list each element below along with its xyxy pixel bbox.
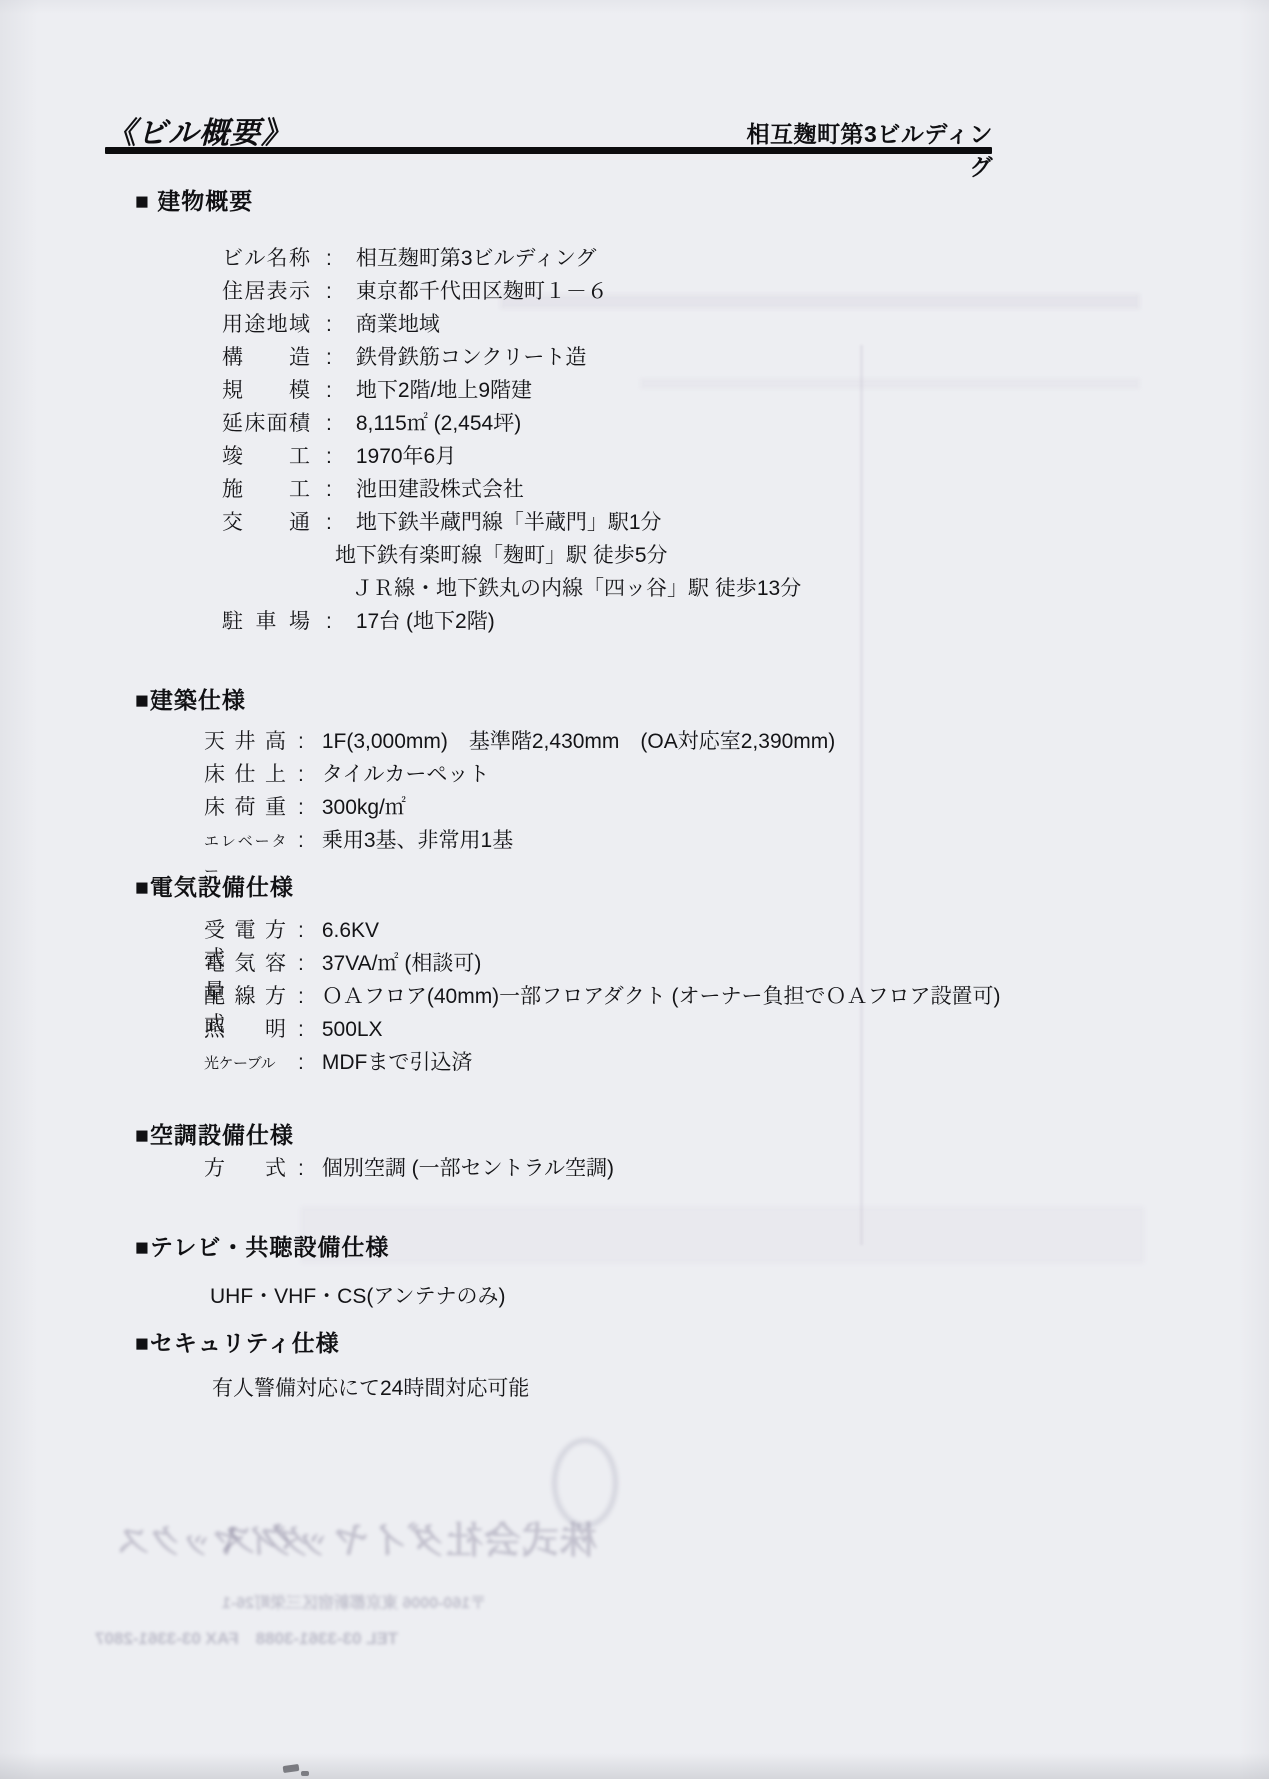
spec-row-floor-area: 延床面積:8,115㎡ (2,454坪)	[0, 410, 1269, 443]
bleedthrough-telfax-text: TEL 03-3361-3088 FAX 03-3361-2807	[95, 1624, 398, 1649]
spec-value: 300kg/㎡	[322, 794, 406, 822]
spec-row-optical-cable: 光ケーブル:MDFまで引込済	[0, 1049, 1269, 1082]
bleedthrough-company-text: 株式会社ダイヤックス	[218, 1510, 597, 1564]
colon: :	[326, 608, 332, 636]
spec-value: 17台 (地下2階)	[356, 608, 495, 636]
spec-value: 地下2階/地上9階建	[356, 377, 532, 405]
spec-label: 駐車場	[222, 608, 310, 636]
spec-rows: ビル名称:相互麹町第3ビルディング 住居表示:東京都千代田区麹町１－６ 用途地域…	[0, 245, 1269, 641]
colon: :	[298, 950, 304, 978]
colon: :	[298, 728, 304, 756]
section-heading: ■電気設備仕様	[0, 874, 1269, 901]
colon: :	[326, 278, 332, 306]
colon: :	[326, 377, 332, 405]
colon: :	[326, 509, 332, 537]
spec-value: ＯＡフロア(40mm)一部フロアダクト (オーナー負担でＯＡフロア設置可)	[322, 983, 1001, 1011]
security-spec-note: 有人警備対応にて24時間対応可能	[212, 1372, 1269, 1402]
spec-row-zoning: 用途地域:商業地域	[0, 311, 1269, 344]
spec-label: 床荷重	[204, 794, 286, 822]
spec-row-power-supply: 受電方式:6.6KV	[0, 917, 1269, 950]
spec-row-access-line3: ＪＲ線・地下鉄丸の内線「四ッ谷」駅 徒歩13分	[0, 575, 1269, 608]
section-security-spec: ■セキュリティ仕様 有人警備対応にて24時間対応可能	[0, 1330, 1269, 1402]
colon: :	[326, 344, 332, 372]
spec-row-completion: 竣工:1970年6月	[0, 443, 1269, 476]
spec-label: 竣工	[222, 443, 310, 471]
scan-speck	[283, 1764, 300, 1773]
section-hvac-spec: ■空調設備仕様 方式:個別空調 (一部セントラル空調)	[0, 1122, 1269, 1188]
spec-row-wiring: 配線方式:ＯＡフロア(40mm)一部フロアダクト (オーナー負担でＯＡフロア設置…	[0, 983, 1269, 1016]
spec-row-parking: 駐車場:17台 (地下2階)	[0, 608, 1269, 641]
spec-row-address: 住居表示:東京都千代田区麹町１－６	[0, 278, 1269, 311]
colon: :	[298, 827, 304, 855]
spec-row-ceiling-height: 天井高:1F(3,000mm) 基準階2,430mm (OA対応室2,390mm…	[0, 728, 1269, 761]
section-heading: ■セキュリティ仕様	[0, 1330, 1269, 1357]
spec-value: MDFまで引込済	[322, 1049, 473, 1077]
spec-label: 用途地域	[222, 311, 310, 339]
spec-value: 池田建設株式会社	[356, 476, 524, 504]
spec-value: 鉄骨鉄筋コンクリート造	[356, 344, 587, 372]
spec-row-scale: 規模:地下2階/地上9階建	[0, 377, 1269, 410]
spec-value: 8,115㎡ (2,454坪)	[356, 410, 521, 438]
colon: :	[326, 410, 332, 438]
colon: :	[298, 1016, 304, 1044]
spec-value: 商業地域	[356, 311, 440, 339]
colon: :	[298, 983, 304, 1011]
spec-label: 延床面積	[222, 410, 310, 438]
spec-label: 施工	[222, 476, 310, 504]
colon: :	[298, 917, 304, 945]
colon: :	[298, 1155, 304, 1183]
spec-value: 東京都千代田区麹町１－６	[356, 278, 608, 306]
section-heading: ■空調設備仕様	[0, 1122, 1269, 1149]
colon: :	[298, 761, 304, 789]
spec-label: 天井高	[204, 728, 286, 756]
header-rule	[105, 147, 992, 154]
spec-row-electric-capacity: 電気容量:37VA/㎡ (相談可)	[0, 950, 1269, 983]
spec-row-floor-load: 床荷重:300kg/㎡	[0, 794, 1269, 827]
scanned-document-page: 《ビル概要》 相互麹町第3ビルディング ■ 建物概要 ビル名称:相互麹町第3ビル…	[0, 0, 1269, 1779]
spec-row-structure: 構造:鉄骨鉄筋コンクリート造	[0, 344, 1269, 377]
section-electrical-spec: ■電気設備仕様 受電方式:6.6KV 電気容量:37VA/㎡ (相談可) 配線方…	[0, 874, 1269, 1082]
spec-rows: 方式:個別空調 (一部セントラル空調)	[0, 1155, 1269, 1188]
spec-row-access: 交通:地下鉄半蔵門線「半蔵門」駅1分	[0, 509, 1269, 542]
colon: :	[298, 794, 304, 822]
spec-row-access-line2: 地下鉄有楽町線「麹町」駅 徒歩5分	[0, 542, 1269, 575]
spec-label: 照明	[204, 1016, 286, 1044]
spec-value: 1970年6月	[356, 443, 456, 471]
spec-value: 6.6KV	[322, 917, 379, 945]
section-architecture-spec: ■建築仕様 天井高:1F(3,000mm) 基準階2,430mm (OA対応室2…	[0, 687, 1269, 860]
spec-value: 相互麹町第3ビルディング	[356, 245, 597, 273]
spec-label: 方式	[204, 1155, 286, 1183]
spec-label: 構造	[222, 344, 310, 372]
spec-row-building-name: ビル名称:相互麹町第3ビルディング	[0, 245, 1269, 278]
section-tv-spec: ■テレビ・共聴設備仕様 UHF・VHF・CS(アンテナのみ)	[0, 1234, 1269, 1310]
colon: :	[326, 311, 332, 339]
spec-value: タイルカーペット	[322, 761, 490, 789]
spec-value: 37VA/㎡ (相談可)	[322, 950, 481, 978]
colon: :	[326, 245, 332, 273]
section-heading: ■建築仕様	[0, 687, 1269, 714]
spec-value: 1F(3,000mm) 基準階2,430mm (OA対応室2,390mm)	[322, 728, 835, 756]
spec-label: 床仕上	[204, 761, 286, 789]
bleedthrough-logo-text: ダイヤックス	[118, 1514, 309, 1563]
colon: :	[298, 1049, 304, 1077]
spec-label: 住居表示	[222, 278, 310, 306]
section-building-overview: ■ 建物概要 ビル名称:相互麹町第3ビルディング 住居表示:東京都千代田区麹町１…	[0, 188, 1269, 641]
spec-label: 規模	[222, 377, 310, 405]
spec-row-lighting: 照明:500LX	[0, 1016, 1269, 1049]
bleedthrough-logo-circle	[552, 1438, 618, 1528]
scan-speck	[301, 1771, 309, 1776]
spec-row-elevator: エレベーター:乗用3基、非常用1基	[0, 827, 1269, 860]
spec-label: ビル名称	[222, 245, 310, 273]
colon: :	[326, 443, 332, 471]
section-heading: ■ 建物概要	[0, 188, 1269, 215]
spec-value: 地下鉄有楽町線「麹町」駅 徒歩5分	[335, 542, 668, 570]
bleedthrough-address-text: 〒160-0006 東京都新宿区三栄町26-1	[222, 1590, 486, 1613]
spec-label: 交通	[222, 509, 310, 537]
page-title: 《ビル概要》	[106, 108, 292, 152]
colon: :	[326, 476, 332, 504]
spec-label: 光ケーブル	[204, 1049, 286, 1079]
spec-row-floor-finish: 床仕上:タイルカーペット	[0, 761, 1269, 794]
spec-row-contractor: 施工:池田建設株式会社	[0, 476, 1269, 509]
spec-value: 地下鉄半蔵門線「半蔵門」駅1分	[356, 509, 662, 537]
spec-value: ＪＲ線・地下鉄丸の内線「四ッ谷」駅 徒歩13分	[352, 575, 801, 603]
spec-value: 乗用3基、非常用1基	[322, 827, 513, 855]
spec-value: 個別空調 (一部セントラル空調)	[322, 1155, 614, 1183]
spec-rows: 受電方式:6.6KV 電気容量:37VA/㎡ (相談可) 配線方式:ＯＡフロア(…	[0, 917, 1269, 1082]
tv-spec-note: UHF・VHF・CS(アンテナのみ)	[210, 1280, 1269, 1310]
spec-row-hvac-method: 方式:個別空調 (一部セントラル空調)	[0, 1155, 1269, 1188]
spec-value: 500LX	[322, 1016, 383, 1044]
spec-rows: 天井高:1F(3,000mm) 基準階2,430mm (OA対応室2,390mm…	[0, 728, 1269, 860]
section-heading: ■テレビ・共聴設備仕様	[0, 1234, 1269, 1261]
